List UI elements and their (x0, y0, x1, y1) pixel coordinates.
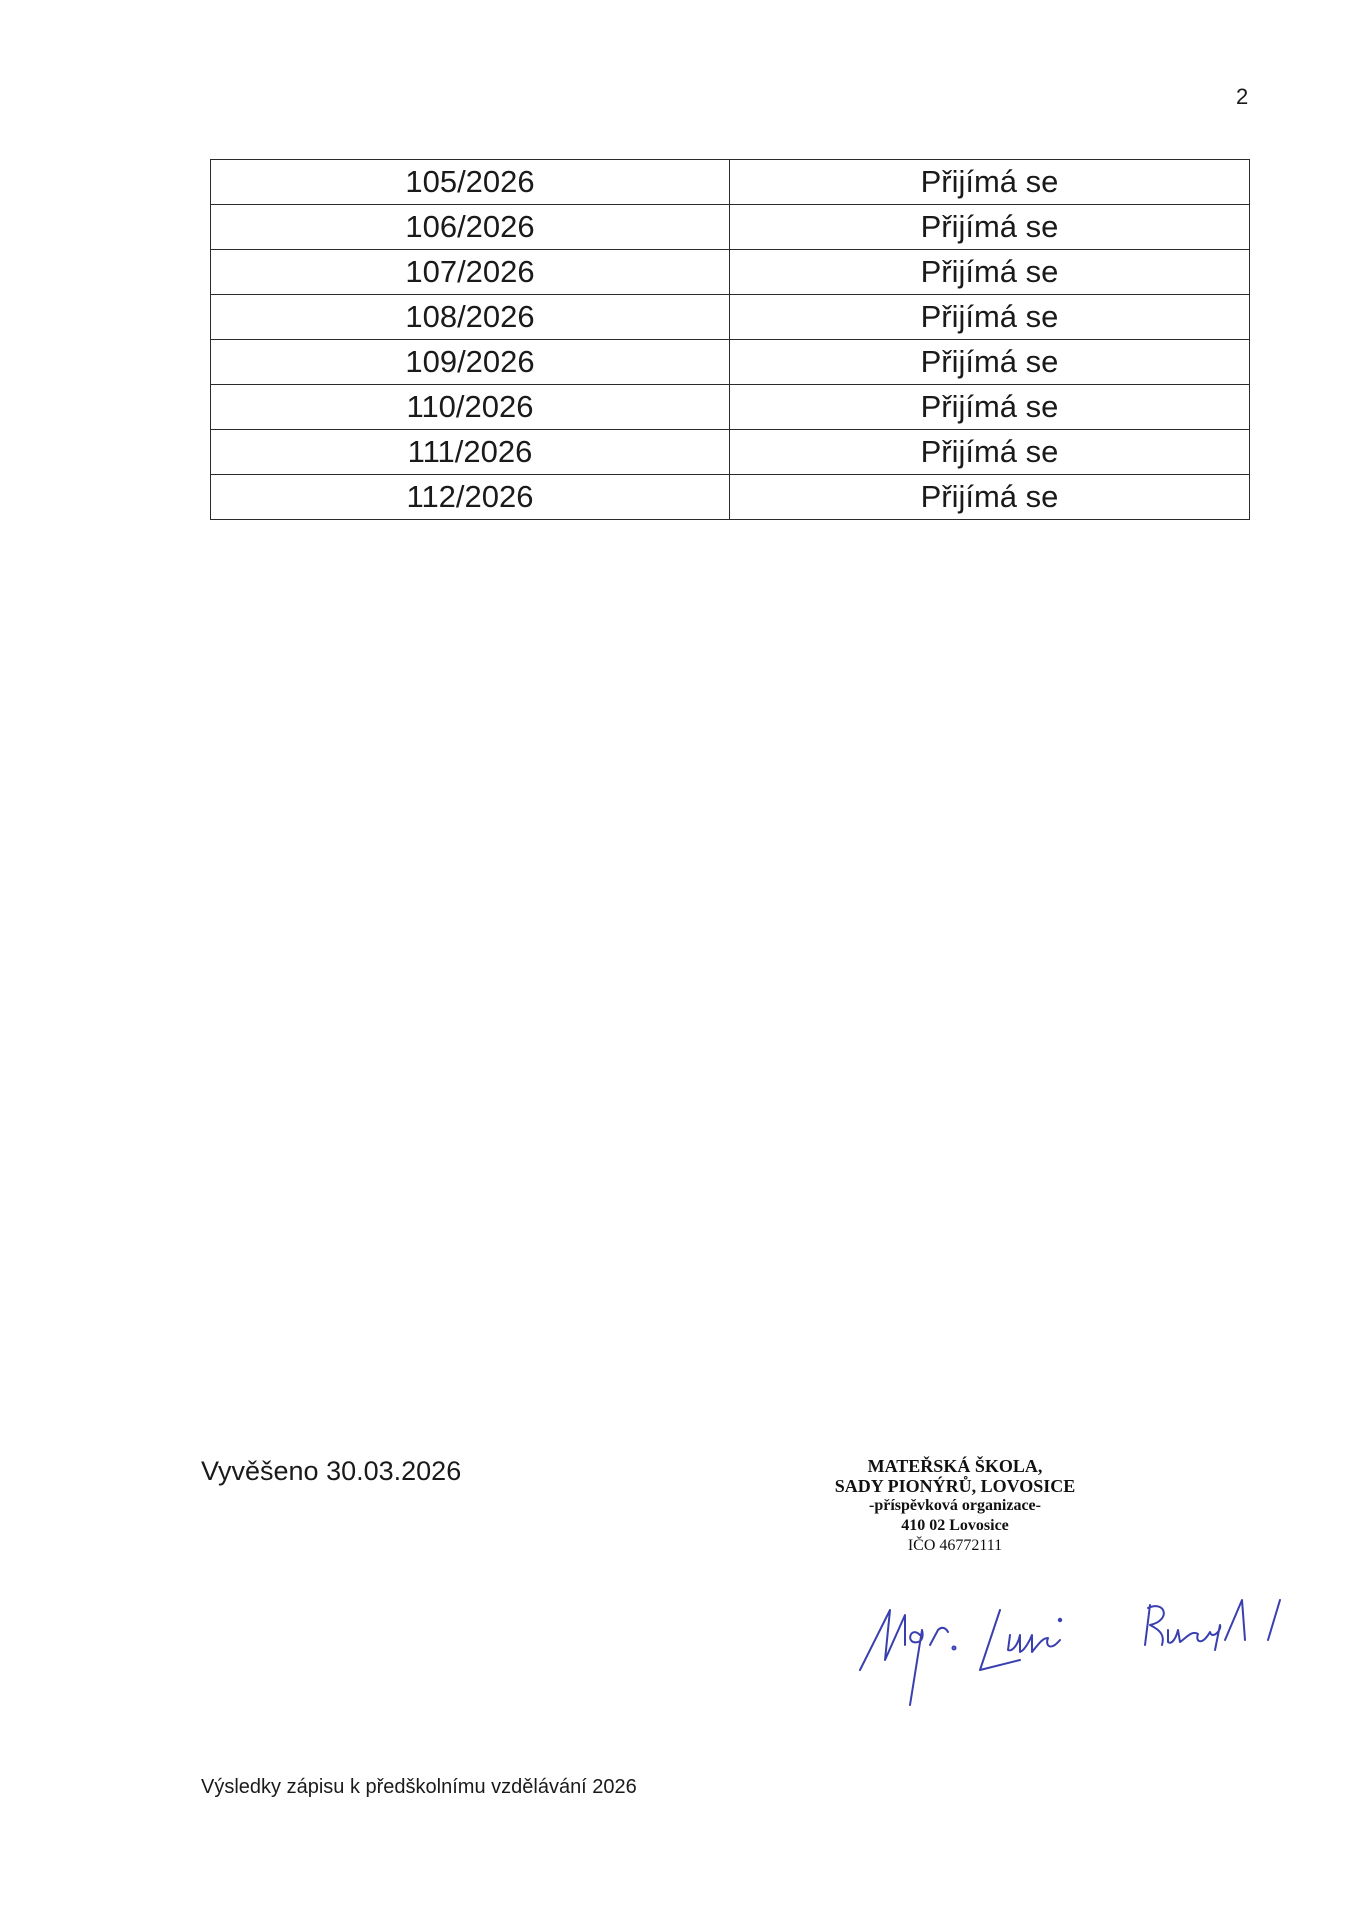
registration-number: 108/2026 (211, 295, 730, 340)
table-row: 112/2026 Přijímá se (211, 475, 1250, 520)
decision: Přijímá se (730, 430, 1250, 475)
document-footer: Výsledky zápisu k předškolnímu vzděláván… (201, 1776, 637, 1799)
table-row: 105/2026 Přijímá se (211, 160, 1250, 205)
stamp-line-ico: IČO 46772111 (790, 1536, 1120, 1556)
decision: Přijímá se (730, 475, 1250, 520)
stamp-line-type: -příspěvková organizace- (790, 1496, 1120, 1516)
posted-date: Vyvěšeno 30.03.2026 (201, 1456, 461, 1487)
registration-number: 105/2026 (211, 160, 730, 205)
stamp-line-name: MATEŘSKÁ ŠKOLA, (790, 1456, 1120, 1476)
decision: Přijímá se (730, 205, 1250, 250)
stamp-line-city: 410 02 Lovosice (790, 1516, 1120, 1536)
registration-number: 107/2026 (211, 250, 730, 295)
table-row: 110/2026 Přijímá se (211, 385, 1250, 430)
page-number: 2 (1236, 84, 1248, 110)
results-table: 105/2026 Přijímá se 106/2026 Přijímá se … (210, 159, 1250, 520)
registration-number: 111/2026 (211, 430, 730, 475)
decision: Přijímá se (730, 340, 1250, 385)
table-row: 109/2026 Přijímá se (211, 340, 1250, 385)
decision: Přijímá se (730, 250, 1250, 295)
table-row: 111/2026 Přijímá se (211, 430, 1250, 475)
table-row: 106/2026 Přijímá se (211, 205, 1250, 250)
registration-number: 109/2026 (211, 340, 730, 385)
registration-number: 112/2026 (211, 475, 730, 520)
registration-number: 110/2026 (211, 385, 730, 430)
school-stamp: MATEŘSKÁ ŠKOLA, SADY PIONÝRŮ, LOVOSICE -… (790, 1456, 1120, 1556)
registration-number: 106/2026 (211, 205, 730, 250)
handwritten-signature-icon (850, 1590, 1330, 1720)
decision: Přijímá se (730, 385, 1250, 430)
decision: Přijímá se (730, 295, 1250, 340)
stamp-line-address: SADY PIONÝRŮ, LOVOSICE (790, 1476, 1120, 1496)
table-row: 108/2026 Přijímá se (211, 295, 1250, 340)
table-row: 107/2026 Přijímá se (211, 250, 1250, 295)
decision: Přijímá se (730, 160, 1250, 205)
